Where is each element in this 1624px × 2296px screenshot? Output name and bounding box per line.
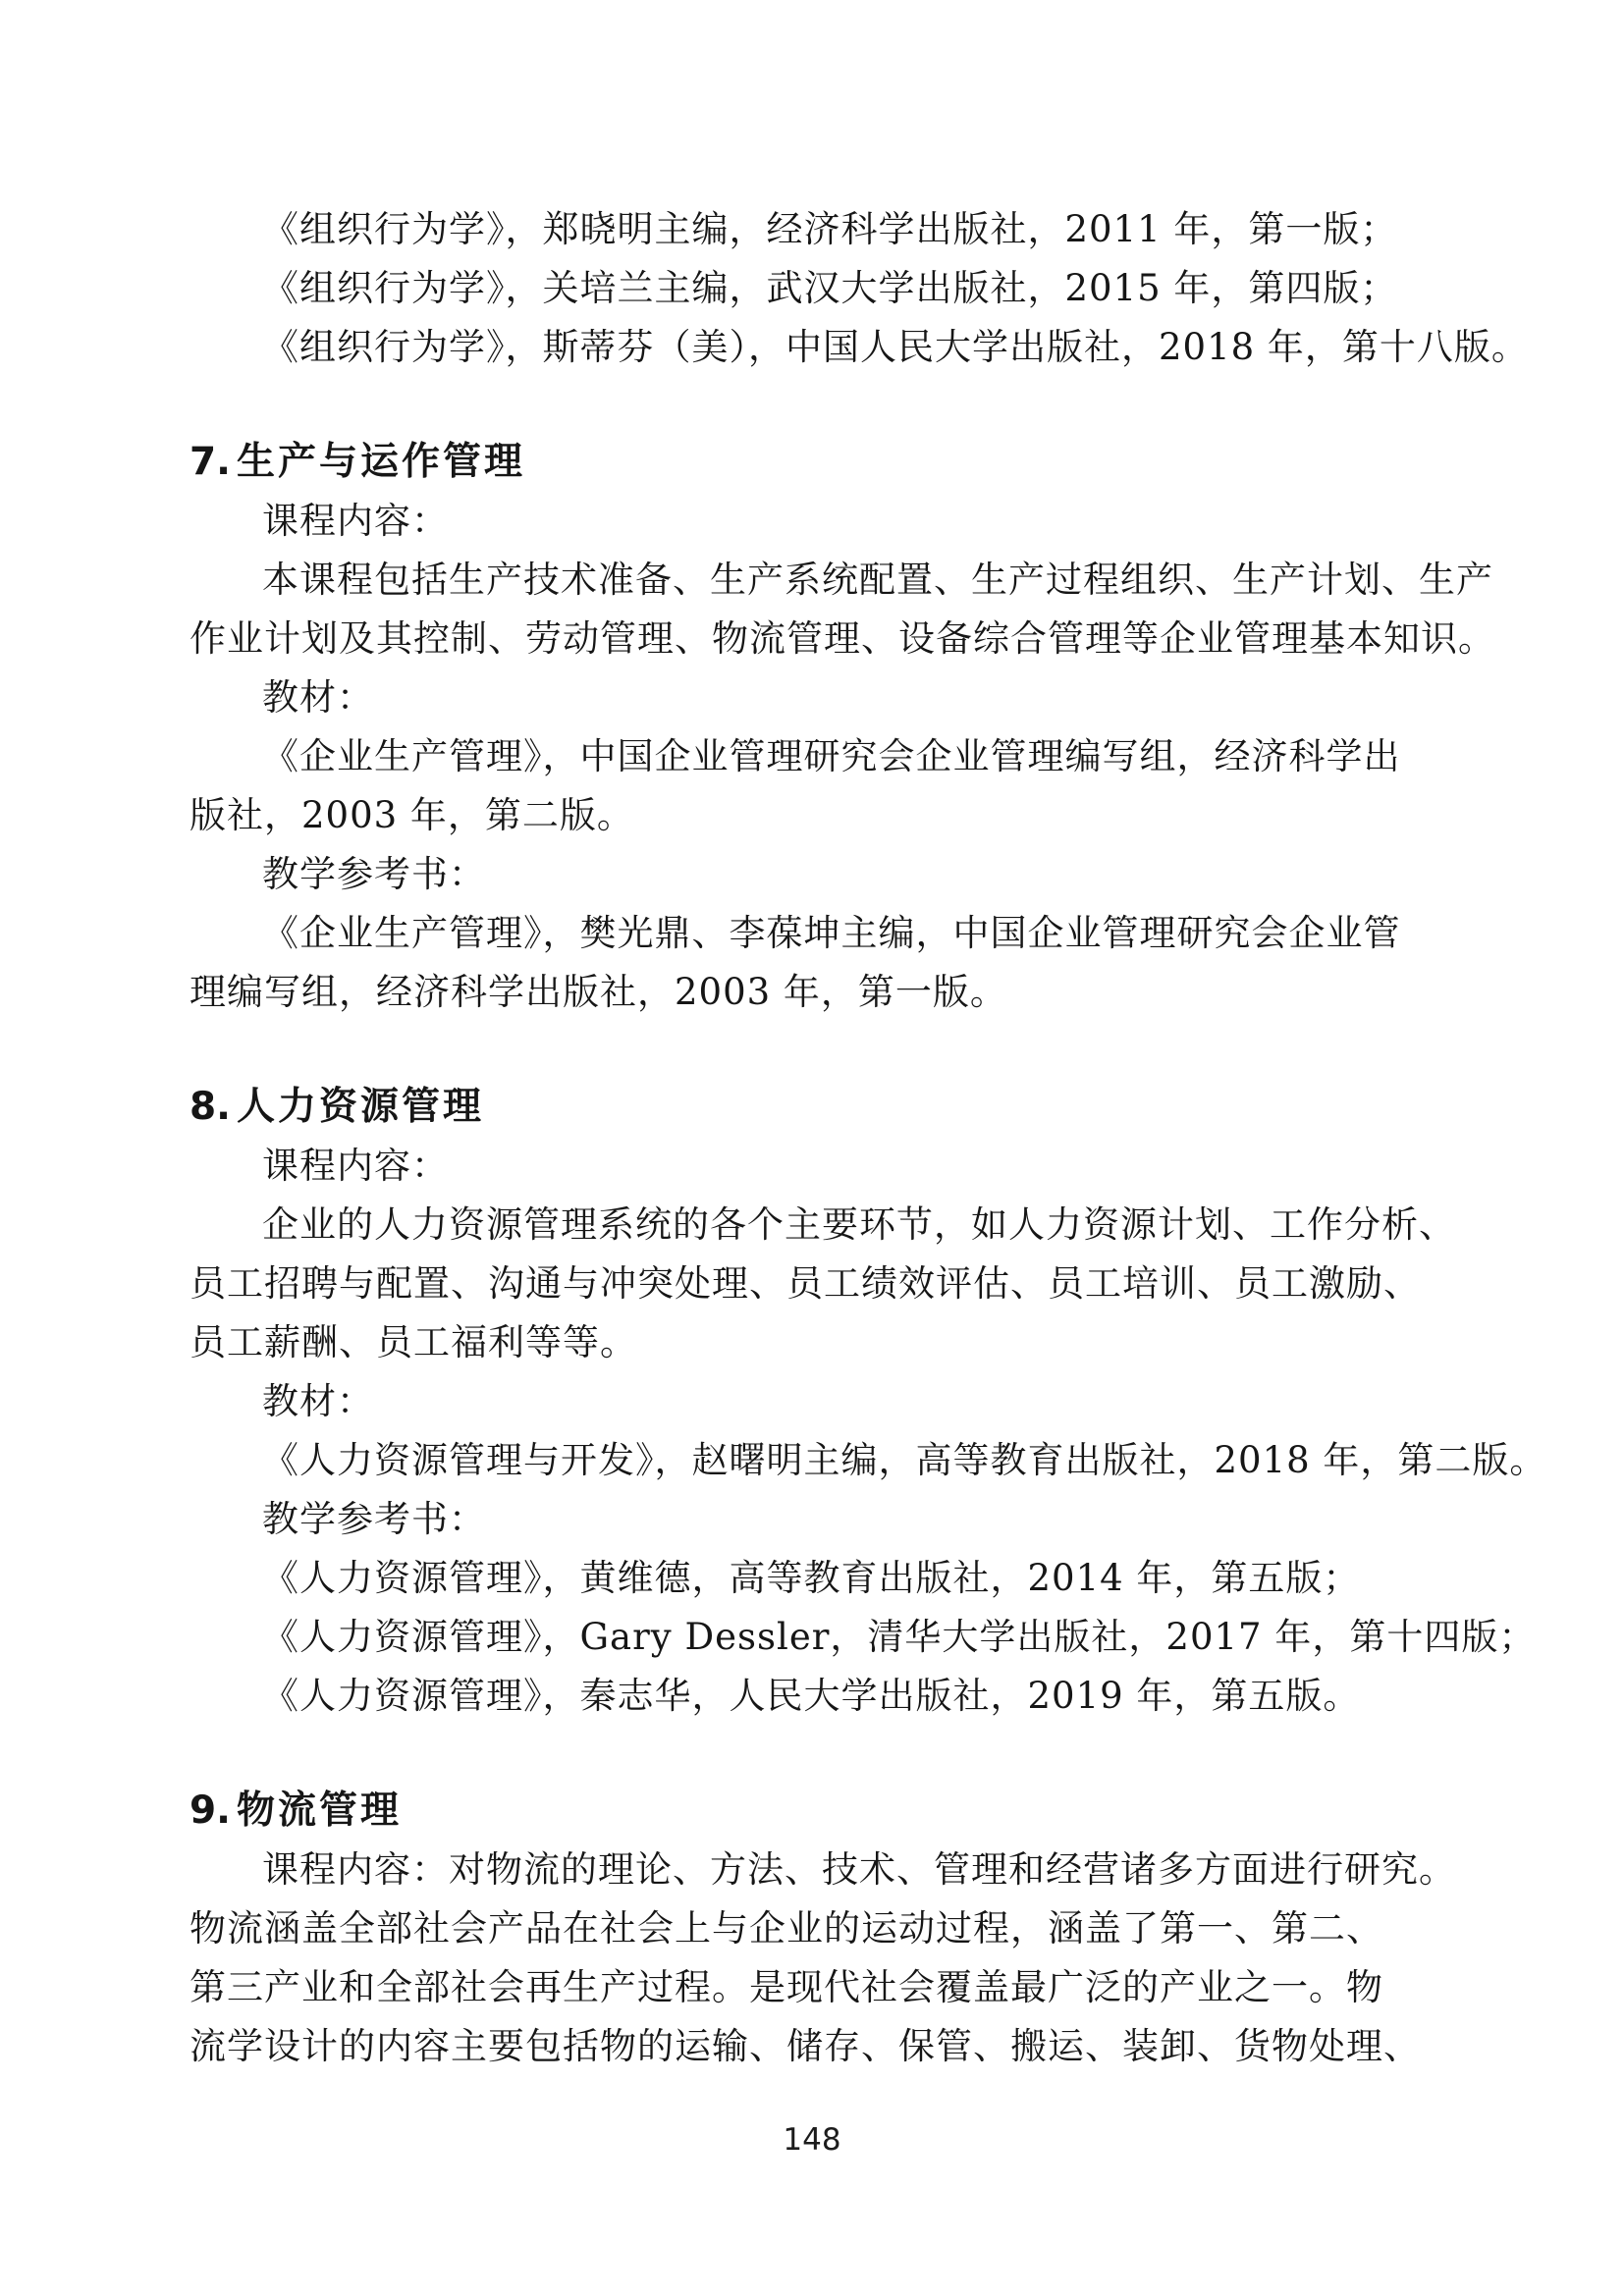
document-content: 《组织行为学》，郑晓明主编，经济科学出版社，2011 年，第一版； 《组织行为学… [189,200,1448,2076]
text-line: 教材： [189,1372,1448,1431]
text-line: 教学参考书： [189,1490,1448,1549]
text-line: 第三产业和全部社会再生产过程。是现代社会覆盖最广泛的产业之一。物 [189,1958,1448,2017]
section-number: 7. [189,440,231,484]
section-title: 生产与运作管理 [237,439,525,484]
text-line: 《人力资源管理与开发》，赵曙明主编，高等教育出版社，2018 年，第二版。 [189,1431,1448,1490]
text-line: 员工招聘与配置、沟通与冲突处理、员工绩效评估、员工培训、员工激励、 [189,1255,1448,1313]
section-title: 人力资源管理 [237,1084,484,1129]
text-line: 《人力资源管理》，秦志华，人民大学出版社，2019 年，第五版。 [189,1667,1448,1726]
text-line: 作业计划及其控制、劳动管理、物流管理、设备综合管理等企业管理基本知识。 [189,610,1448,668]
text-line: 流学设计的内容主要包括物的运输、储存、保管、搬运、装卸、货物处理、 [189,2017,1448,2076]
text-line: 《组织行为学》，关培兰主编，武汉大学出版社，2015 年，第四版； [189,259,1448,318]
text-line: 《人力资源管理》，黄维德，高等教育出版社，2014 年，第五版； [189,1549,1448,1608]
document-page: 《组织行为学》，郑晓明主编，经济科学出版社，2011 年，第一版； 《组织行为学… [0,0,1624,2296]
text-line: 《组织行为学》，郑晓明主编，经济科学出版社，2011 年，第一版； [189,200,1448,259]
text-line: 版社，2003 年，第二版。 [189,786,1448,845]
text-line: 教材： [189,668,1448,727]
text-line: 物流涵盖全部社会产品在社会上与企业的运动过程，涵盖了第一、第二、 [189,1899,1448,1958]
text-line: 《组织行为学》，斯蒂芬（美），中国人民大学出版社，2018 年，第十八版。 [189,318,1448,377]
text-line: 本课程包括生产技术准备、生产系统配置、生产过程组织、生产计划、生产 [189,551,1448,610]
text-line: 《人力资源管理》，Gary Dessler，清华大学出版社，2017 年，第十四… [189,1608,1448,1667]
text-line: 员工薪酬、员工福利等等。 [189,1313,1448,1372]
text-line: 理编写组，经济科学出版社，2003 年，第一版。 [189,963,1448,1022]
text-line: 企业的人力资源管理系统的各个主要环节，如人力资源计划、工作分析、 [189,1196,1448,1255]
section-heading: 9.物流管理 [189,1781,1448,1841]
page-number: 148 [0,2120,1624,2160]
section-title: 物流管理 [237,1788,402,1833]
section-number: 9. [189,1789,231,1833]
text-line: 课程内容： [189,492,1448,551]
text-line: 课程内容： [189,1137,1448,1196]
text-line: 教学参考书： [189,845,1448,904]
section-heading: 7.生产与运作管理 [189,432,1448,492]
text-line: 课程内容：对物流的理论、方法、技术、管理和经营诸多方面进行研究。 [189,1841,1448,1899]
section-heading: 8.人力资源管理 [189,1077,1448,1137]
text-line: 《企业生产管理》，樊光鼎、李葆坤主编，中国企业管理研究会企业管 [189,904,1448,963]
text-line: 《企业生产管理》，中国企业管理研究会企业管理编写组，经济科学出 [189,727,1448,786]
section-number: 8. [189,1085,231,1129]
